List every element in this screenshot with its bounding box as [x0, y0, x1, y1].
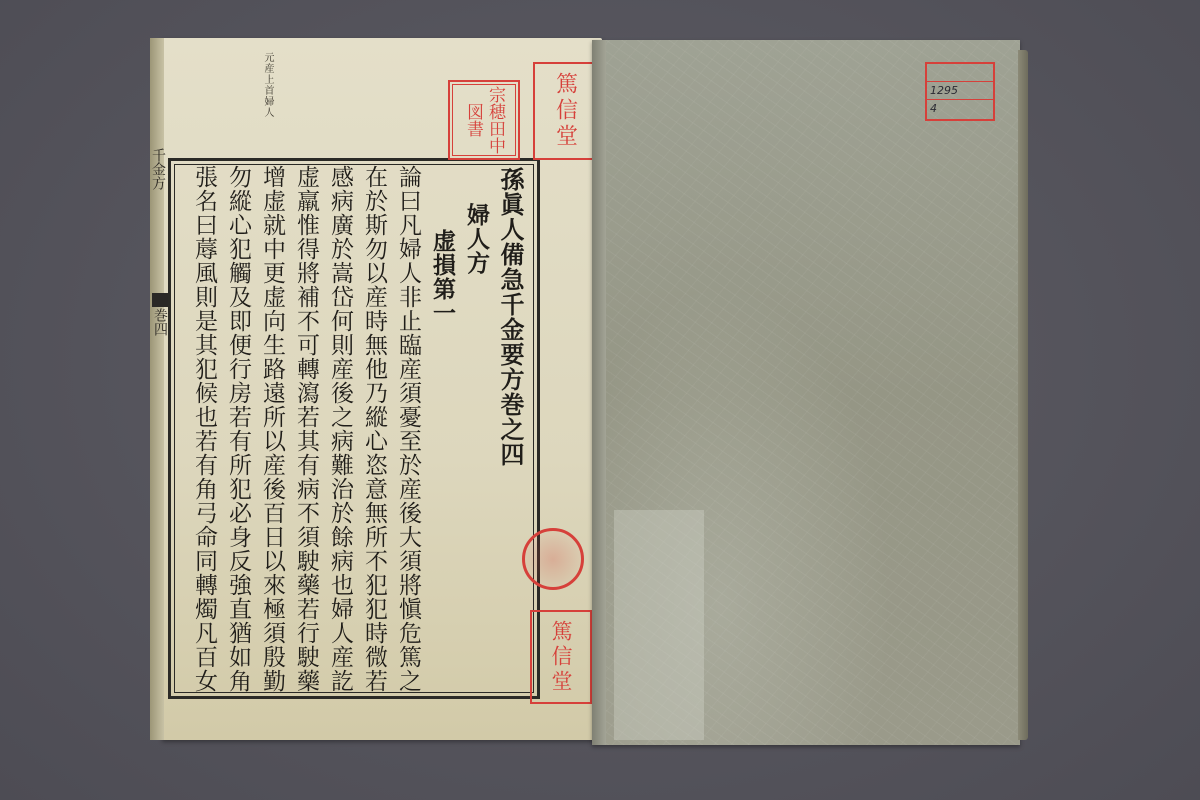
- volume-number: 4: [930, 102, 937, 115]
- paper-repair-patch: [614, 510, 704, 740]
- rect-seal-top: 篤信堂: [533, 62, 597, 160]
- text-column: 感病廣於嵩岱何則産後之病難治於餘病也婦人産訖五臟: [323, 165, 357, 692]
- right-page: [592, 40, 1020, 745]
- text-column-heading: 婦人方: [459, 165, 493, 692]
- spine-label-top: 千金方: [148, 148, 168, 190]
- printed-text-frame: 孫眞人備急千金要方巻之四 婦人方 虚損第一 論曰凡婦人非止臨産須憂至於産後大須將…: [168, 158, 540, 699]
- round-seal: [522, 528, 584, 590]
- text-column: 在於斯勿以産時無他乃縱心恣意無所不犯犯時微若秋毫: [357, 165, 391, 692]
- library-catalog-seal: 1295 4: [925, 62, 995, 121]
- book-back-edge: [1018, 50, 1028, 740]
- library-seal-row: [927, 64, 993, 82]
- library-seal-row: 1295: [927, 82, 993, 100]
- catalog-number: 1295: [930, 84, 958, 97]
- rect-seal-bottom: 篤信堂: [530, 610, 592, 704]
- spine-label-bottom: 巻四: [150, 308, 170, 336]
- spine-fishtail-mark: [152, 293, 168, 307]
- text-column: 勿縱心犯觸及即便行房若有所犯必身反強直猶如角弓反: [221, 165, 255, 692]
- text-column: 虚羸惟得將補不可轉瀉若其有病不須駛藥若行駛藥轉更: [289, 165, 323, 692]
- page-fold-edge: [150, 38, 164, 740]
- text-column: 增虚就中更虚向生路遠所以産後百日以來極須殷勤憂畏: [255, 165, 289, 692]
- square-seal: 宗穂田中図書: [448, 80, 520, 160]
- library-seal-row: 4: [927, 100, 993, 117]
- inner-spine-shadow: [592, 40, 606, 745]
- text-column-title: 孫眞人備急千金要方巻之四: [493, 165, 527, 692]
- text-column-subheading: 虚損第一: [425, 165, 459, 692]
- text-column: 論曰凡婦人非止臨産須憂至於産後大須將愼危篤之至其: [391, 165, 425, 692]
- marginal-note: 元産上首婦人: [260, 52, 275, 118]
- text-column: 張名曰蓐風則是其犯候也若有角弓命同轉燭凡百女人宜: [187, 165, 221, 692]
- text-columns: 孫眞人備急千金要方巻之四 婦人方 虚損第一 論曰凡婦人非止臨産須憂至於産後大須將…: [181, 165, 527, 692]
